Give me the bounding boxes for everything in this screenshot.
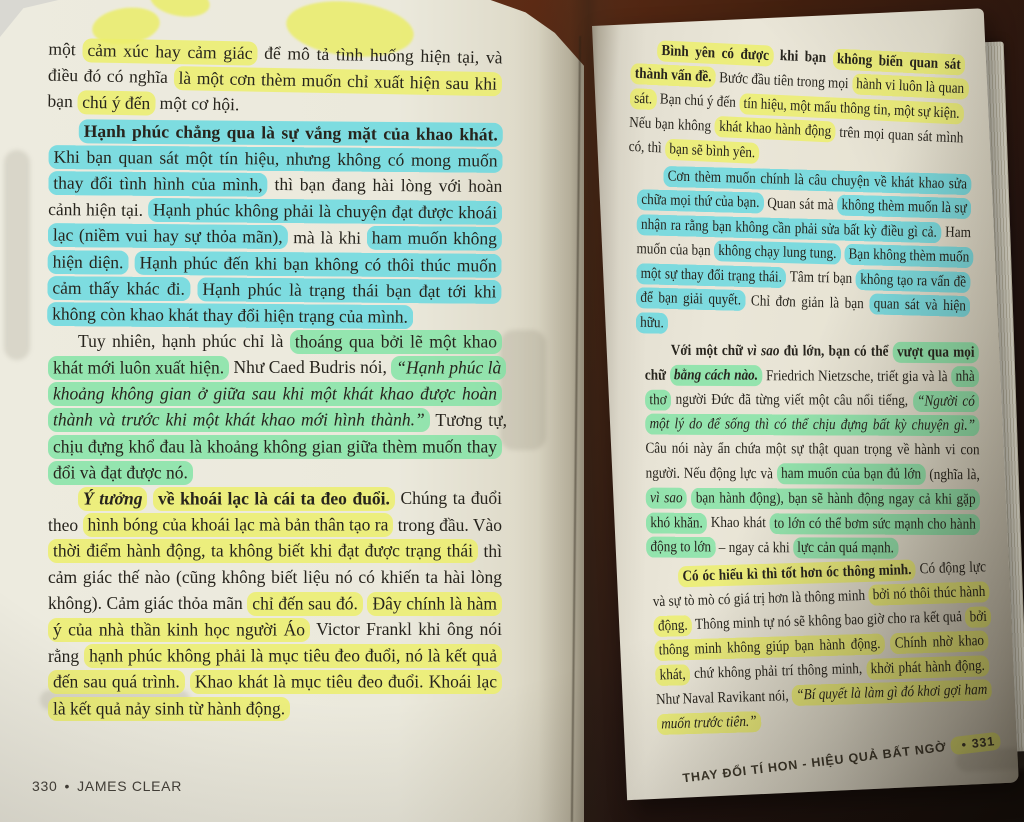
- bleed-through-smudge: [500, 330, 546, 450]
- highlighted-text: bằng cách nào.: [670, 365, 763, 386]
- text-segment: Friedrich Nietzsche, triết gia và là: [762, 367, 951, 385]
- text-segment: Như Naval Ravikant nói,: [656, 688, 792, 709]
- text-segment: trong đầu. Vào: [393, 515, 502, 535]
- paragraph: một cảm xúc hay cảm giác để mô tả tình h…: [47, 36, 502, 123]
- left-page-text: một cảm xúc hay cảm giác để mô tả tình h…: [48, 40, 502, 721]
- highlighted-text: thời điểm hành động, ta không biết khi đ…: [48, 539, 478, 563]
- left-page: một cảm xúc hay cảm giác để mô tả tình h…: [0, 0, 584, 822]
- footer-bullet-icon: •: [64, 778, 70, 794]
- text-segment: Như Caed Budris nói,: [229, 357, 391, 377]
- title-running-head: THAY ĐỔI TÍ HON - HIỆU QUẢ BẤT NGỜ: [681, 740, 946, 785]
- highlighted-text: lực cản quá mạnh.: [793, 538, 899, 559]
- bleed-through-smudge: [4, 150, 30, 360]
- text-segment: bạn: [47, 91, 77, 112]
- text-segment: mà là khi: [288, 227, 367, 248]
- text-segment: một cơ hội.: [155, 93, 239, 115]
- highlighted-text: về khoái lạc là cái ta đeo đuổi.: [153, 487, 395, 511]
- highlighted-text: chú ý đến: [77, 90, 155, 115]
- highlighted-text: khát khao hành động: [715, 116, 836, 143]
- left-page-footer: 330•JAMES CLEAR: [32, 778, 182, 794]
- highlighted-text: vì sao: [646, 488, 687, 509]
- text-segment: Bước đầu tiên trong mọi: [716, 69, 852, 92]
- text-segment: [128, 251, 134, 271]
- paragraph: Cơn thèm muốn chính là câu chuyện về khá…: [636, 163, 972, 344]
- highlighted-text: bạn sẽ bình yên.: [665, 138, 760, 163]
- text-segment: chữ: [645, 366, 670, 383]
- highlighted-text: “Bí quyết là làm gì đó khơi gợi ham muốn…: [657, 680, 992, 735]
- highlighted-text: hình bóng của khoái lạc mà bản thân tạo …: [83, 513, 394, 537]
- text-segment: Quan sát mà: [764, 194, 838, 213]
- highlighted-text: vượt qua mọi: [893, 341, 979, 362]
- highlighted-text: khởi phát hành động.: [866, 656, 990, 681]
- paragraph: Với một chữ vì sao đủ lớn, bạn có thể vư…: [645, 339, 981, 562]
- footer-bullet-icon: •: [960, 738, 967, 753]
- text-segment: – ngay cả khi: [715, 539, 793, 556]
- open-book-photo: một cảm xúc hay cảm giác để mô tả tình h…: [0, 0, 1024, 822]
- text-segment: Với một chữ: [671, 342, 748, 359]
- text-segment: Chỉ đơn giản là bạn: [745, 292, 869, 312]
- right-page: Bình yên có được khi bạn không biến quan…: [592, 8, 1019, 800]
- text-segment: đủ lớn, bạn có thể: [779, 342, 892, 360]
- text-segment: một: [48, 39, 82, 60]
- right-page-footer: THAY ĐỔI TÍ HON - HIỆU QUẢ BẤT NGỜ •331: [681, 734, 1001, 786]
- author-running-head: JAMES CLEAR: [77, 778, 182, 794]
- highlighted-text: không chạy lung tung.: [714, 240, 841, 264]
- text-segment: chứ không phải trí thông minh,: [690, 661, 867, 683]
- text-segment: [190, 278, 198, 298]
- text-segment: Nếu bạn không: [629, 114, 715, 135]
- text-segment: Bạn chú ý đến: [656, 90, 739, 111]
- text-segment: Tuy nhiên, hạnh phúc chỉ là: [78, 331, 290, 351]
- paragraph: Hạnh phúc chẳng qua là sự vắng mặt của k…: [47, 117, 503, 331]
- paragraph: Ý tưởng về khoái lạc là cái ta đeo đuổi.…: [48, 485, 502, 721]
- text-segment: Tâm trí bạn: [786, 269, 856, 288]
- text-segment: khi bạn: [773, 47, 833, 67]
- highlighted-text: Bình yên có được: [657, 40, 774, 66]
- text-segment: Khao khát: [707, 514, 770, 531]
- paragraph: Bình yên có được khi bạn không biến quan…: [628, 37, 965, 175]
- paragraph: Có óc hiếu kì thì tốt hơn óc thông minh.…: [652, 556, 992, 738]
- highlighted-text: chịu đựng khổ đau là khoảng không gian g…: [48, 435, 502, 485]
- text-segment: Thông minh tự nó sẽ không bao giờ cho ra…: [692, 609, 966, 634]
- right-page-text: Bình yên có được khi bạn không biến quan…: [627, 37, 992, 740]
- page-number: 330: [32, 778, 57, 794]
- highlighted-text: là một cơn thèm muốn chỉ xuất hiện sau k…: [173, 66, 502, 96]
- text-segment: Tương tự,: [430, 410, 507, 430]
- paragraph: Tuy nhiên, hạnh phúc chỉ là thoáng qua b…: [48, 328, 502, 485]
- text-segment: người Đức đã từng viết một câu nổi tiếng…: [671, 391, 913, 409]
- text-segment: (nghĩa là,: [925, 466, 979, 483]
- highlighted-text: Hạnh phúc chẳng qua là sự vắng mặt của k…: [79, 118, 503, 146]
- highlighted-text: Có óc hiếu kì thì tốt hơn óc thông minh.: [678, 559, 916, 587]
- highlighted-text: cảm xúc hay cảm giác: [82, 38, 257, 65]
- highlighted-text: ham muốn của bạn đủ lớn: [777, 464, 926, 486]
- text-segment: vì sao: [747, 342, 779, 359]
- highlighted-text: Ý tưởng: [78, 487, 147, 511]
- highlighted-text: chỉ đến sau đó.: [247, 592, 363, 616]
- page-number: 331: [971, 734, 996, 751]
